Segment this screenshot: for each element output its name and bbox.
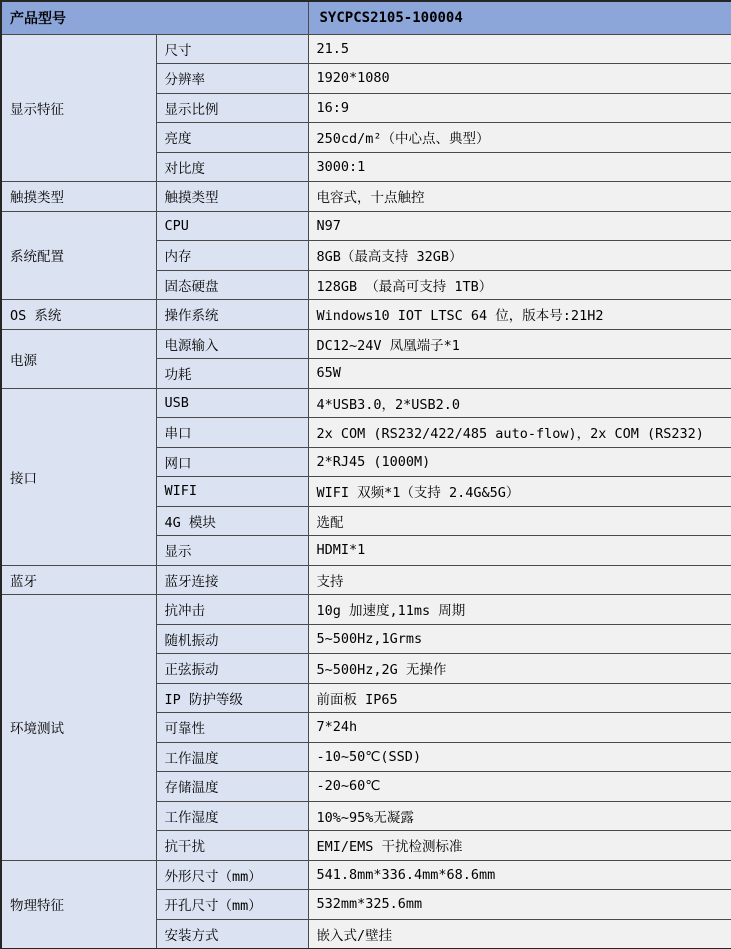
spec-value-cell: -20~60℃ (308, 772, 731, 802)
spec-label-cell: 电源输入 (156, 329, 308, 359)
spec-value-cell: 2*RJ45 (1000M) (308, 447, 731, 477)
spec-value-cell: 128GB （最高可支持 1TB） (308, 270, 731, 300)
spec-value-cell: N97 (308, 211, 731, 241)
spec-value-cell: WIFI 双频*1（支持 2.4G&5G） (308, 477, 731, 507)
category-cell: 接口 (1, 388, 156, 565)
spec-value-cell: 16:9 (308, 93, 731, 123)
spec-label-cell: 存储温度 (156, 772, 308, 802)
table-row: 显示特征尺寸21.5 (1, 34, 731, 64)
spec-value-cell: EMI/EMS 干扰检测标准 (308, 831, 731, 861)
spec-value-cell: HDMI*1 (308, 536, 731, 566)
category-cell: 触摸类型 (1, 182, 156, 212)
product-model-value: SYCPCS2105-100004 (308, 1, 731, 34)
spec-label-cell: 固态硬盘 (156, 270, 308, 300)
spec-label-cell: 抗冲击 (156, 595, 308, 625)
spec-value-cell: 2x COM (RS232/422/485 auto-flow)，2x COM … (308, 418, 731, 448)
table-row: 环境测试抗冲击10g 加速度,11ms 周期 (1, 595, 731, 625)
spec-value-cell: 电容式，十点触控 (308, 182, 731, 212)
spec-label-cell: 安装方式 (156, 919, 308, 949)
spec-value-cell: 532mm*325.6mm (308, 890, 731, 920)
spec-label-cell: 尺寸 (156, 34, 308, 64)
category-cell: 显示特征 (1, 34, 156, 182)
product-spec-table: 产品型号 SYCPCS2105-100004 显示特征尺寸21.5分辨率1920… (0, 0, 731, 949)
category-cell: 环境测试 (1, 595, 156, 861)
spec-label-cell: 外形尺寸（mm） (156, 860, 308, 890)
spec-value-cell: 8GB（最高支持 32GB） (308, 241, 731, 271)
spec-label-cell: 可靠性 (156, 713, 308, 743)
spec-label-cell: 随机振动 (156, 624, 308, 654)
table-row: 物理特征外形尺寸（mm）541.8mm*336.4mm*68.6mm (1, 860, 731, 890)
spec-value-cell: 10g 加速度,11ms 周期 (308, 595, 731, 625)
spec-value-cell: 250cd/m²（中心点、典型） (308, 123, 731, 153)
spec-label-cell: IP 防护等级 (156, 683, 308, 713)
table-row: 系统配置CPUN97 (1, 211, 731, 241)
spec-label-cell: 网口 (156, 447, 308, 477)
spec-value-cell: 嵌入式/壁挂 (308, 919, 731, 949)
spec-value-cell: 1920*1080 (308, 64, 731, 94)
spec-label-cell: 显示 (156, 536, 308, 566)
spec-label-cell: 抗干扰 (156, 831, 308, 861)
table-row: 电源电源输入DC12~24V 凤凰端子*1 (1, 329, 731, 359)
spec-label-cell: 4G 模块 (156, 506, 308, 536)
spec-value-cell: 5~500Hz,2G 无操作 (308, 654, 731, 684)
spec-label-cell: 对比度 (156, 152, 308, 182)
category-cell: 物理特征 (1, 860, 156, 949)
spec-label-cell: CPU (156, 211, 308, 241)
spec-value-cell: 10%~95%无凝露 (308, 801, 731, 831)
category-cell: OS 系统 (1, 300, 156, 330)
spec-value-cell: -10~50℃(SSD) (308, 742, 731, 772)
spec-label-cell: 功耗 (156, 359, 308, 389)
product-model-label: 产品型号 (1, 1, 308, 34)
category-cell: 电源 (1, 329, 156, 388)
spec-value-cell: 541.8mm*336.4mm*68.6mm (308, 860, 731, 890)
spec-value-cell: 支持 (308, 565, 731, 595)
spec-value-cell: 7*24h (308, 713, 731, 743)
header-row: 产品型号 SYCPCS2105-100004 (1, 1, 731, 34)
spec-label-cell: 分辨率 (156, 64, 308, 94)
category-cell: 系统配置 (1, 211, 156, 300)
spec-label-cell: 内存 (156, 241, 308, 271)
table-row: OS 系统操作系统Windows10 IOT LTSC 64 位，版本号:21H… (1, 300, 731, 330)
spec-label-cell: 开孔尺寸（mm） (156, 890, 308, 920)
spec-label-cell: 工作温度 (156, 742, 308, 772)
spec-value-cell: 65W (308, 359, 731, 389)
spec-label-cell: 工作湿度 (156, 801, 308, 831)
spec-label-cell: 触摸类型 (156, 182, 308, 212)
spec-label-cell: USB (156, 388, 308, 418)
spec-value-cell: 4*USB3.0，2*USB2.0 (308, 388, 731, 418)
spec-label-cell: WIFI (156, 477, 308, 507)
spec-label-cell: 操作系统 (156, 300, 308, 330)
spec-value-cell: DC12~24V 凤凰端子*1 (308, 329, 731, 359)
spec-value-cell: 5~500Hz,1Grms (308, 624, 731, 654)
table-row: 接口USB4*USB3.0，2*USB2.0 (1, 388, 731, 418)
spec-label-cell: 显示比例 (156, 93, 308, 123)
spec-label-cell: 串口 (156, 418, 308, 448)
spec-label-cell: 蓝牙连接 (156, 565, 308, 595)
spec-table-body: 显示特征尺寸21.5分辨率1920*1080显示比例16:9亮度250cd/m²… (1, 34, 731, 949)
category-cell: 蓝牙 (1, 565, 156, 595)
spec-value-cell: 21.5 (308, 34, 731, 64)
spec-value-cell: Windows10 IOT LTSC 64 位，版本号:21H2 (308, 300, 731, 330)
spec-value-cell: 3000:1 (308, 152, 731, 182)
table-row: 蓝牙蓝牙连接支持 (1, 565, 731, 595)
spec-value-cell: 前面板 IP65 (308, 683, 731, 713)
spec-value-cell: 选配 (308, 506, 731, 536)
spec-label-cell: 亮度 (156, 123, 308, 153)
spec-label-cell: 正弦振动 (156, 654, 308, 684)
spec-table-header: 产品型号 SYCPCS2105-100004 (1, 1, 731, 34)
table-row: 触摸类型触摸类型电容式，十点触控 (1, 182, 731, 212)
